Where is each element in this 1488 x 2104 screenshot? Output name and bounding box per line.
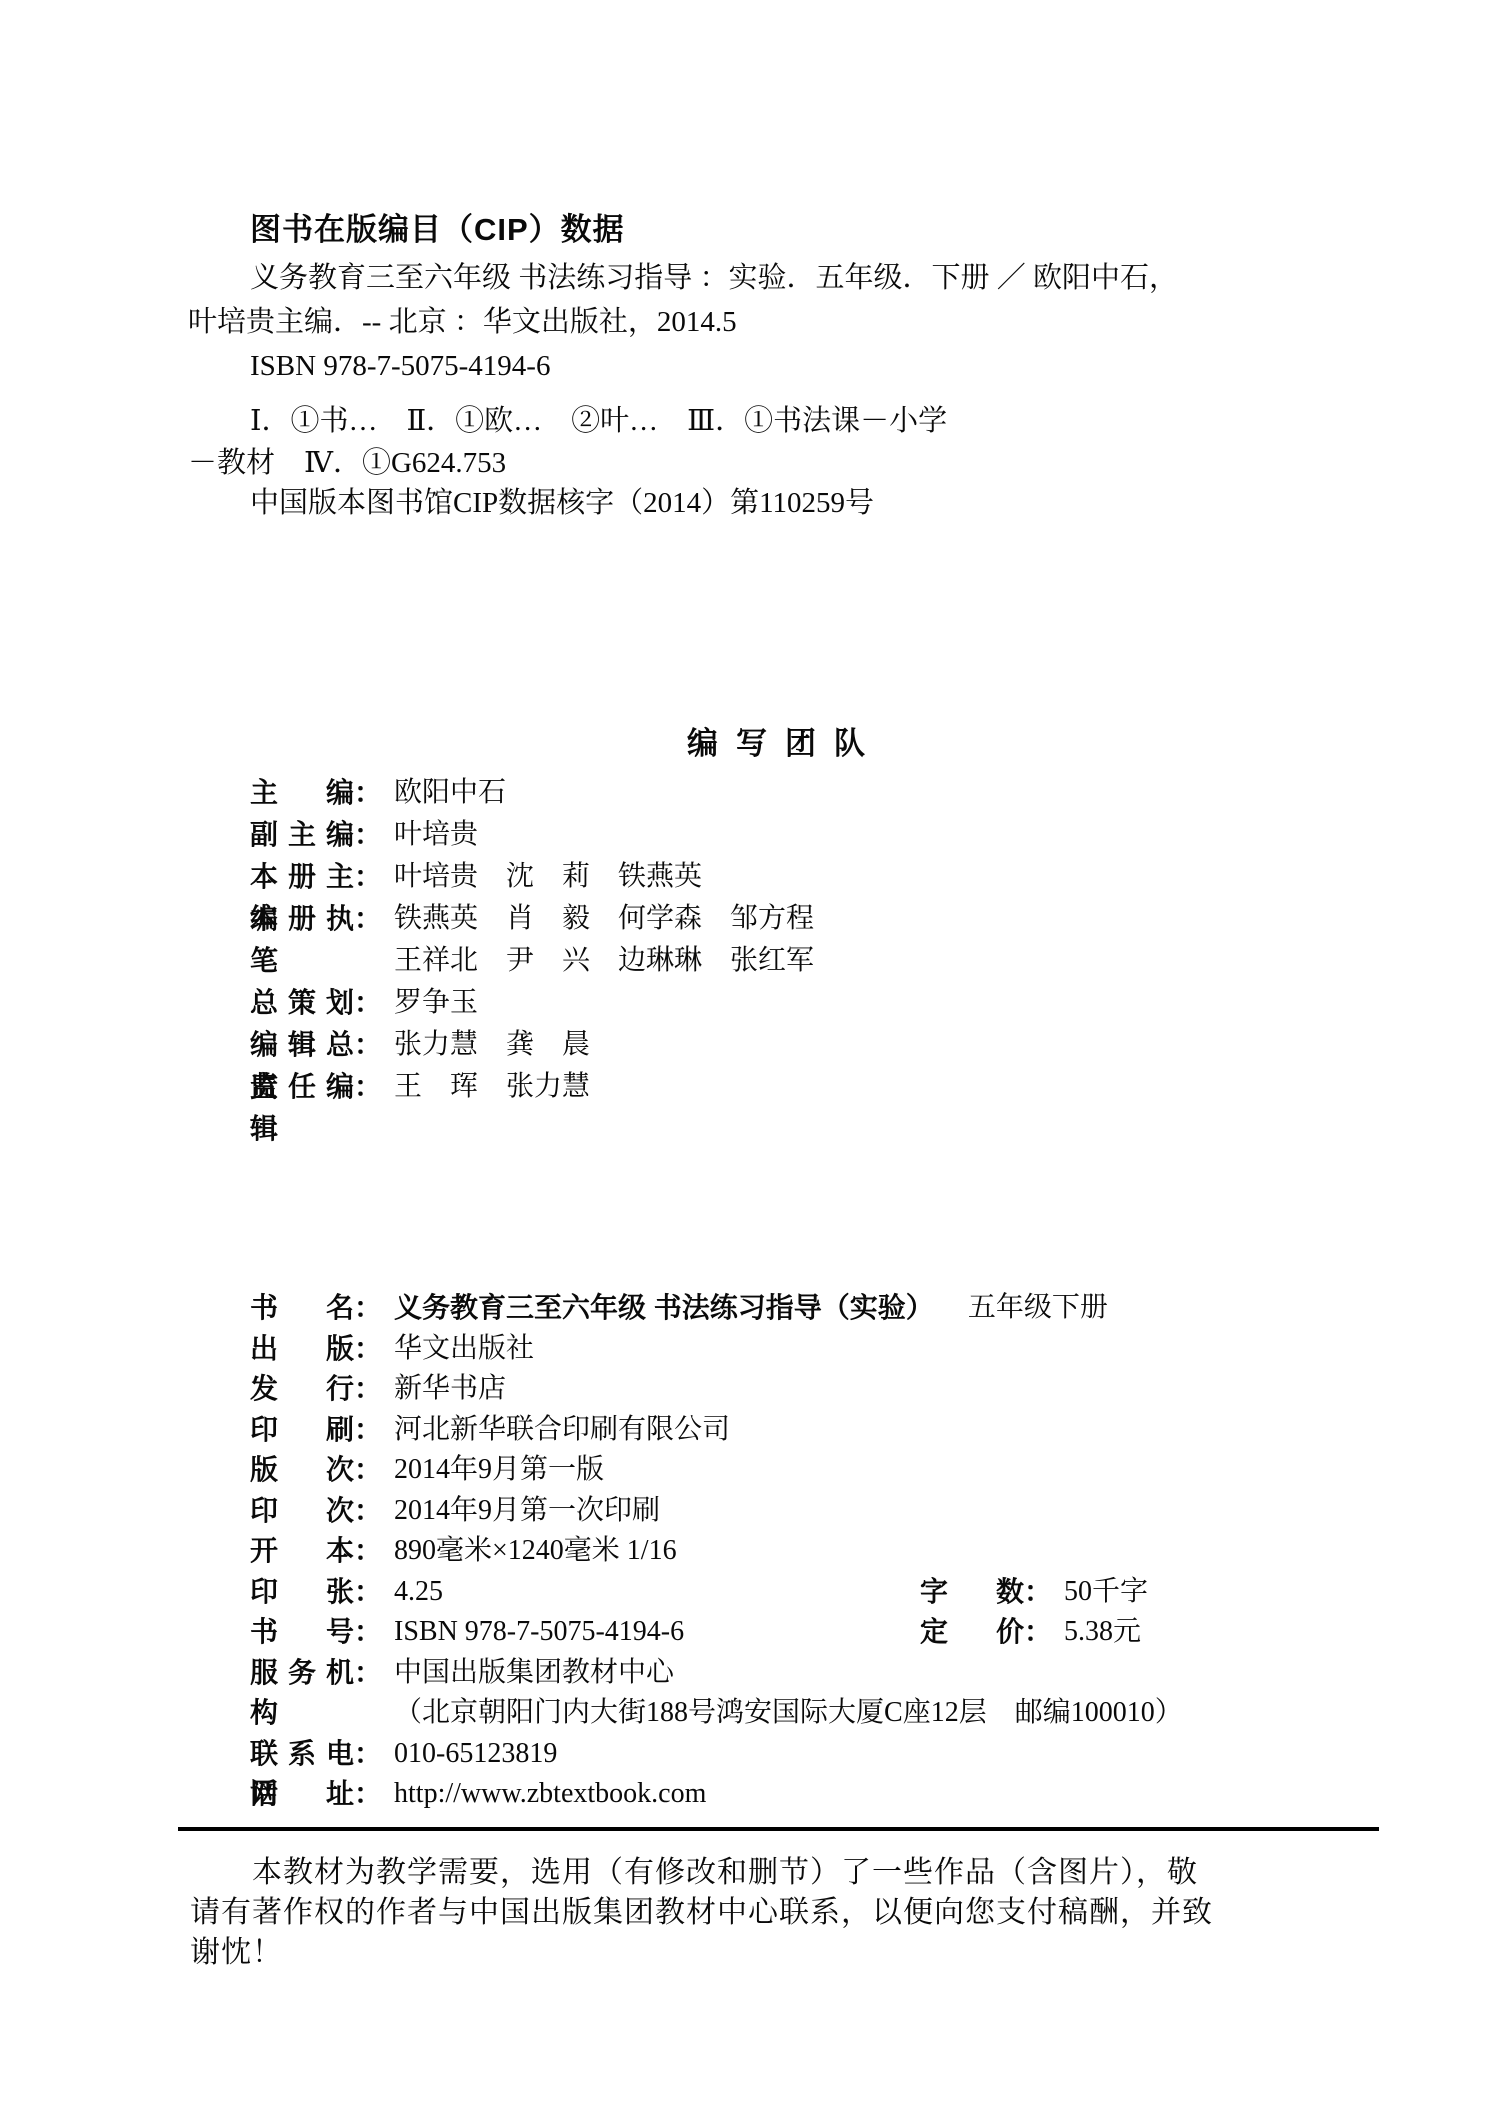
colon: ：: [354, 1531, 382, 1572]
cip-isbn: ISBN 978-7-5075-4194-6: [188, 344, 1338, 388]
info-label: 网址: [250, 1774, 354, 1815]
info-row: 联系电话： 010-65123819: [250, 1734, 1410, 1775]
info-row: 书号： ISBN 978-7-5075-4194-6 定价： 5.38元: [250, 1612, 1410, 1653]
info-row-title: 书名： 义务教育三至六年级 书法练习指导（实验） 五年级下册: [250, 1288, 1410, 1329]
info-value: （北京朝阳门内大街188号鸿安国际大厦C座12层 邮编100010）: [394, 1693, 1183, 1734]
info-row: 印次： 2014年9月第一次印刷: [250, 1491, 1410, 1532]
team-row: 副主编： 叶培贵: [250, 814, 814, 856]
colon: ：: [354, 1288, 382, 1329]
role-label: 本册主编: [250, 856, 354, 898]
divider-rule: [178, 1827, 1379, 1831]
team-row: 主编： 欧阳中石: [250, 772, 814, 814]
info-row: 印刷： 河北新华联合印刷有限公司: [250, 1410, 1410, 1451]
info-value: 华文出版社: [394, 1329, 534, 1370]
role-names: 王祥北 尹 兴 边琳琳 张红军: [394, 940, 814, 982]
info-value: 中国出版集团教材中心: [394, 1653, 674, 1694]
info-label: 印次: [250, 1491, 354, 1532]
team-row: 编辑总监： 张力慧 龚 晨: [250, 1024, 814, 1066]
publication-info: 书名： 义务教育三至六年级 书法练习指导（实验） 五年级下册 出版： 华文出版社…: [250, 1288, 1410, 1815]
info-row: 版次： 2014年9月第一版: [250, 1450, 1410, 1491]
info-value: 2014年9月第一次印刷: [394, 1491, 660, 1532]
note-line: 请有著作权的作者与中国出版集团教材中心联系，以便向您支付稿酬，并致: [190, 1893, 1382, 1933]
info-label: 定价: [920, 1612, 1024, 1653]
team-heading: 编写团队: [190, 718, 1380, 763]
info-row: 发行： 新华书店: [250, 1369, 1410, 1410]
info-label: 书名: [250, 1288, 354, 1329]
info-label: 联系电话: [250, 1734, 354, 1775]
info-value: 2014年9月第一版: [394, 1450, 604, 1491]
info-label: [250, 1693, 354, 1734]
info-value: ISBN 978-7-5075-4194-6: [394, 1612, 684, 1653]
info-value: 河北新华联合印刷有限公司: [394, 1410, 730, 1451]
info-value: 5.38元: [1064, 1612, 1141, 1653]
team-list: 主编： 欧阳中石 副主编： 叶培贵 本册主编： 叶培贵 沈 莉 铁燕英 本册执笔…: [250, 772, 814, 1108]
cip-record-number: 中国版本图书馆CIP数据核字（2014）第110259号: [188, 480, 1338, 521]
colon: ：: [354, 856, 382, 898]
info-label: 开本: [250, 1531, 354, 1572]
cip-title: 图书在版编目（CIP）数据: [250, 204, 625, 249]
note-line: 谢忱！: [190, 1933, 1382, 1973]
copyright-page: 图书在版编目（CIP）数据 义务教育三至六年级 书法练习指导 ：实验．五年级．下…: [0, 0, 1488, 2104]
colon: ：: [1024, 1612, 1052, 1653]
team-row: 责任编辑： 王 珲 张力慧: [250, 1066, 814, 1108]
info-value: 4.25: [394, 1572, 443, 1613]
info-row-price: 定价： 5.38元: [920, 1612, 1141, 1653]
book-volume: 五年级下册: [968, 1288, 1108, 1329]
colon: ：: [354, 1734, 382, 1775]
cip-classification: Ⅰ．①书… Ⅱ．①欧… ②叶… Ⅲ．①书法课－小学 －教材 Ⅳ．①G624.75…: [188, 400, 1338, 484]
info-value: 新华书店: [394, 1369, 506, 1410]
colon: ：: [354, 1774, 382, 1815]
colon: ：: [354, 1410, 382, 1451]
cip-line: －教材 Ⅳ．①G624.753: [188, 442, 1338, 484]
colon: ：: [354, 1450, 382, 1491]
info-label: 版次: [250, 1450, 354, 1491]
book-title: 义务教育三至六年级 书法练习指导（实验）: [394, 1288, 934, 1329]
role-names: 王 珲 张力慧: [394, 1066, 590, 1108]
cip-description: 义务教育三至六年级 书法练习指导 ：实验．五年级．下册 ／ 欧阳中石， 叶培贵主…: [188, 256, 1338, 388]
colon: ：: [354, 1066, 382, 1108]
colon: ：: [354, 1491, 382, 1532]
role-names: 叶培贵: [394, 814, 478, 856]
role-names: 欧阳中石: [394, 772, 506, 814]
cip-line: 叶培贵主编．-- 北京 ：华文出版社，2014.5: [188, 300, 1338, 344]
info-row: 网址： http://www.zbtextbook.com: [250, 1774, 1410, 1815]
info-label: 发行: [250, 1369, 354, 1410]
colon: ：: [354, 1329, 382, 1370]
colon: ：: [354, 1572, 382, 1613]
info-value: 010-65123819: [394, 1734, 557, 1775]
team-row: 本册执笔： 铁燕英 肖 毅 何学森 邹方程: [250, 898, 814, 940]
role-names: 铁燕英 肖 毅 何学森 邹方程: [394, 898, 814, 940]
cip-line: 义务教育三至六年级 书法练习指导 ：实验．五年级．下册 ／ 欧阳中石，: [188, 256, 1338, 300]
team-row: 本册主编： 叶培贵 沈 莉 铁燕英: [250, 856, 814, 898]
website-url: http://www.zbtextbook.com: [394, 1774, 706, 1815]
colon: ：: [1024, 1572, 1052, 1613]
role-names: 罗争玉: [394, 982, 478, 1024]
role-label: 总策划: [250, 982, 354, 1024]
colon: ：: [354, 1024, 382, 1066]
role-label: 责任编辑: [250, 1066, 354, 1108]
team-row: 总策划： 罗争玉: [250, 982, 814, 1024]
role-label: 副主编: [250, 814, 354, 856]
colon: ：: [354, 814, 382, 856]
colon: ：: [354, 1369, 382, 1410]
colon: ：: [354, 772, 382, 814]
info-label: 出版: [250, 1329, 354, 1370]
info-label: 字数: [920, 1572, 1024, 1613]
note-line: 本教材为教学需要，选用（有修改和删节）了一些作品（含图片），敬: [190, 1853, 1382, 1893]
copyright-note: 本教材为教学需要，选用（有修改和删节）了一些作品（含图片），敬 请有著作权的作者…: [190, 1853, 1382, 1973]
info-label: 书号: [250, 1612, 354, 1653]
team-row-continuation: ： 王祥北 尹 兴 边琳琳 张红军: [250, 940, 814, 982]
role-label: 本册执笔: [250, 898, 354, 940]
colon: ：: [354, 898, 382, 940]
info-row-wordcount: 字数： 50千字: [920, 1572, 1148, 1613]
colon: ：: [354, 982, 382, 1024]
info-label: 服务机构: [250, 1653, 354, 1694]
info-row-address: ： （北京朝阳门内大街188号鸿安国际大厦C座12层 邮编100010）: [250, 1693, 1410, 1734]
info-row: 出版： 华文出版社: [250, 1329, 1410, 1370]
info-value: 890毫米×1240毫米 1/16: [394, 1531, 677, 1572]
colon: ：: [354, 1612, 382, 1653]
role-names: 张力慧 龚 晨: [394, 1024, 590, 1066]
info-label: 印刷: [250, 1410, 354, 1451]
role-names: 叶培贵 沈 莉 铁燕英: [394, 856, 702, 898]
role-label: 编辑总监: [250, 1024, 354, 1066]
info-row: 服务机构： 中国出版集团教材中心: [250, 1653, 1410, 1694]
role-label: [250, 940, 354, 982]
info-row: 开本： 890毫米×1240毫米 1/16: [250, 1531, 1410, 1572]
info-label: 印张: [250, 1572, 354, 1613]
colon: ：: [354, 1653, 382, 1694]
role-label: 主编: [250, 772, 354, 814]
cip-line: Ⅰ．①书… Ⅱ．①欧… ②叶… Ⅲ．①书法课－小学: [188, 400, 1338, 442]
info-value: 50千字: [1064, 1572, 1148, 1613]
info-row: 印张： 4.25 字数： 50千字: [250, 1572, 1410, 1613]
